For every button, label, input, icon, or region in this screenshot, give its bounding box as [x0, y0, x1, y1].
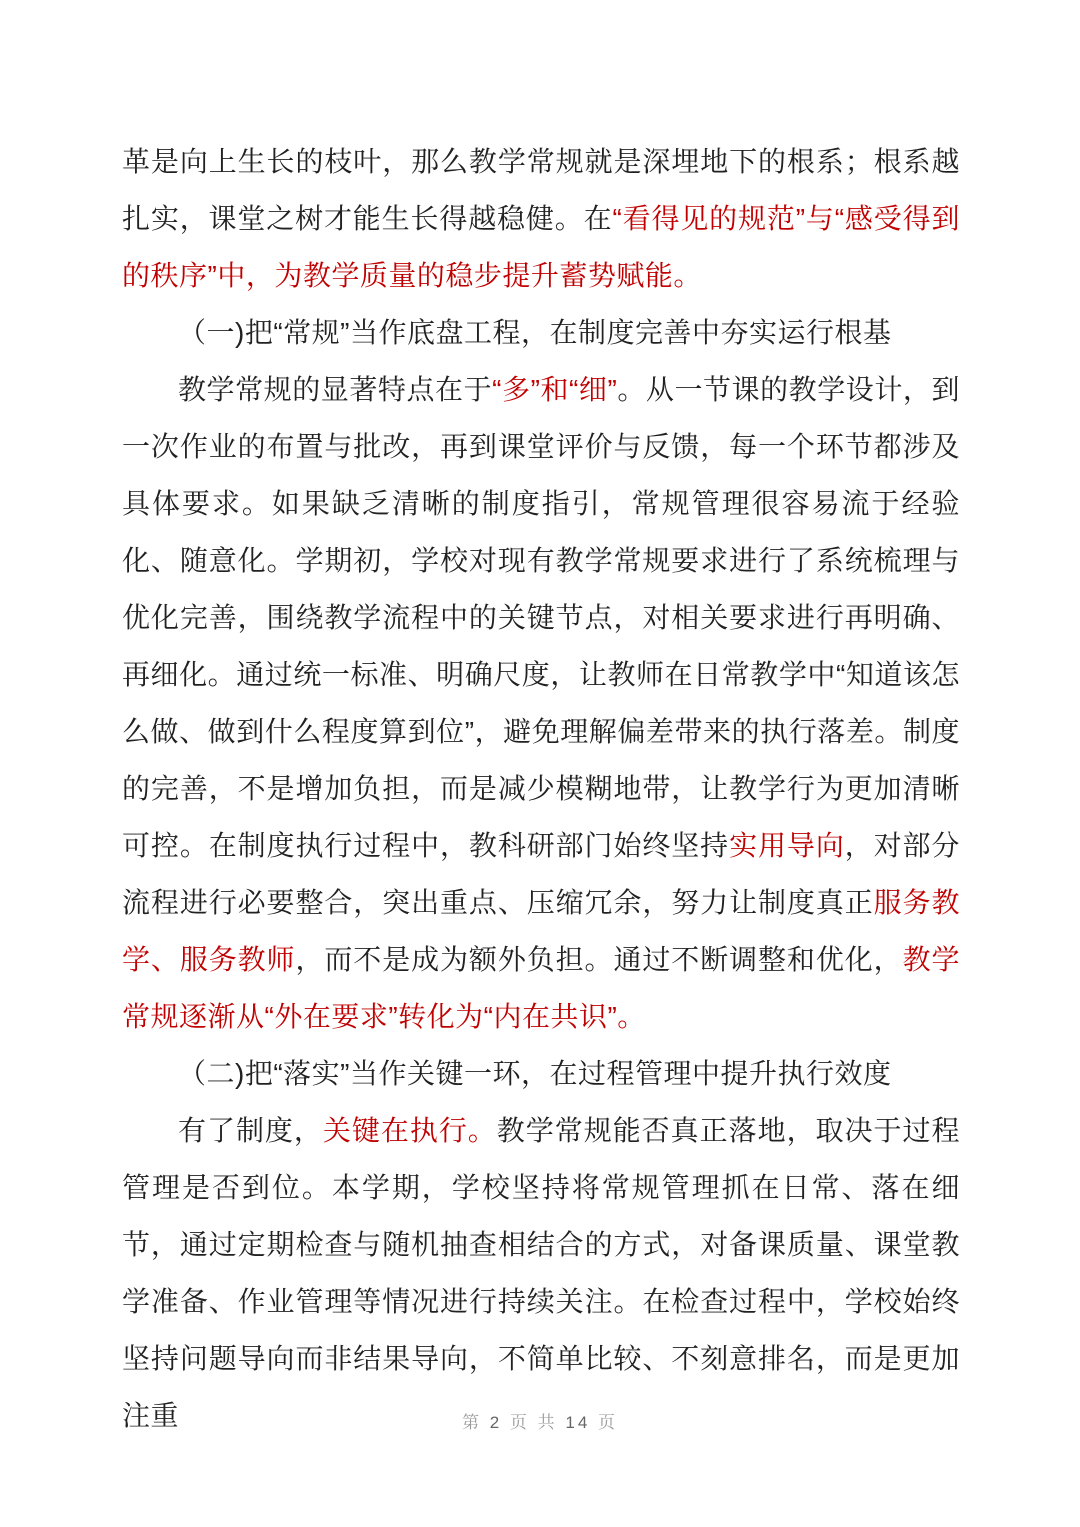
footer-label: 页 共	[502, 1413, 565, 1432]
emphasis-text: 关键在执行。	[323, 1115, 497, 1146]
footer-page-number: 2	[490, 1413, 502, 1432]
section-heading-2: （二)把“落实”当作关键一环，在过程管理中提升执行效度	[122, 1045, 960, 1102]
page-footer: 第 2 页 共 14 页	[0, 1408, 1080, 1433]
section-heading-1: （一)把“常规”当作底盘工程，在制度完善中夯实运行根基	[122, 304, 960, 361]
body-text: ，而不是成为额外负担。通过不断调整和优化，	[295, 944, 902, 975]
emphasis-text: 实用导向	[729, 830, 845, 861]
footer-page-number: 14	[565, 1413, 590, 1432]
body-text: 教学常规的显著特点在于	[178, 374, 492, 405]
paragraph-section-1: 教学常规的显著特点在于“多”和“细”。从一节课的教学设计，到一次作业的布置与批改…	[122, 361, 960, 1045]
footer-label: 页	[590, 1413, 618, 1432]
body-text: 。从一节课的教学设计，到一次作业的布置与批改，再到课堂评价与反馈，每一个环节都涉…	[122, 374, 960, 861]
paragraph-section-2: 有了制度，关键在执行。教学常规能否真正落地，取决于过程管理是否到位。本学期，学校…	[122, 1102, 960, 1444]
body-text: 有了制度，	[178, 1115, 323, 1146]
body-text: 教学常规能否真正落地，取决于过程管理是否到位。本学期，学校坚持将常规管理抓在日常…	[122, 1115, 960, 1431]
body-text: （二)把“落实”当作关键一环，在过程管理中提升执行效度	[178, 1058, 891, 1089]
continued-paragraph: 革是向上生长的枝叶，那么教学常规就是深埋地下的根系；根系越扎实，课堂之树才能生长…	[122, 133, 960, 304]
body-text: （一)把“常规”当作底盘工程，在制度完善中夯实运行根基	[178, 317, 891, 348]
emphasis-text: “多”和“细”	[492, 374, 617, 405]
footer-label: 第	[462, 1413, 490, 1432]
document-body: 革是向上生长的枝叶，那么教学常规就是深埋地下的根系；根系越扎实，课堂之树才能生长…	[0, 0, 1080, 1444]
document-page: 革是向上生长的枝叶，那么教学常规就是深埋地下的根系；根系越扎实，课堂之树才能生长…	[0, 0, 1080, 1527]
